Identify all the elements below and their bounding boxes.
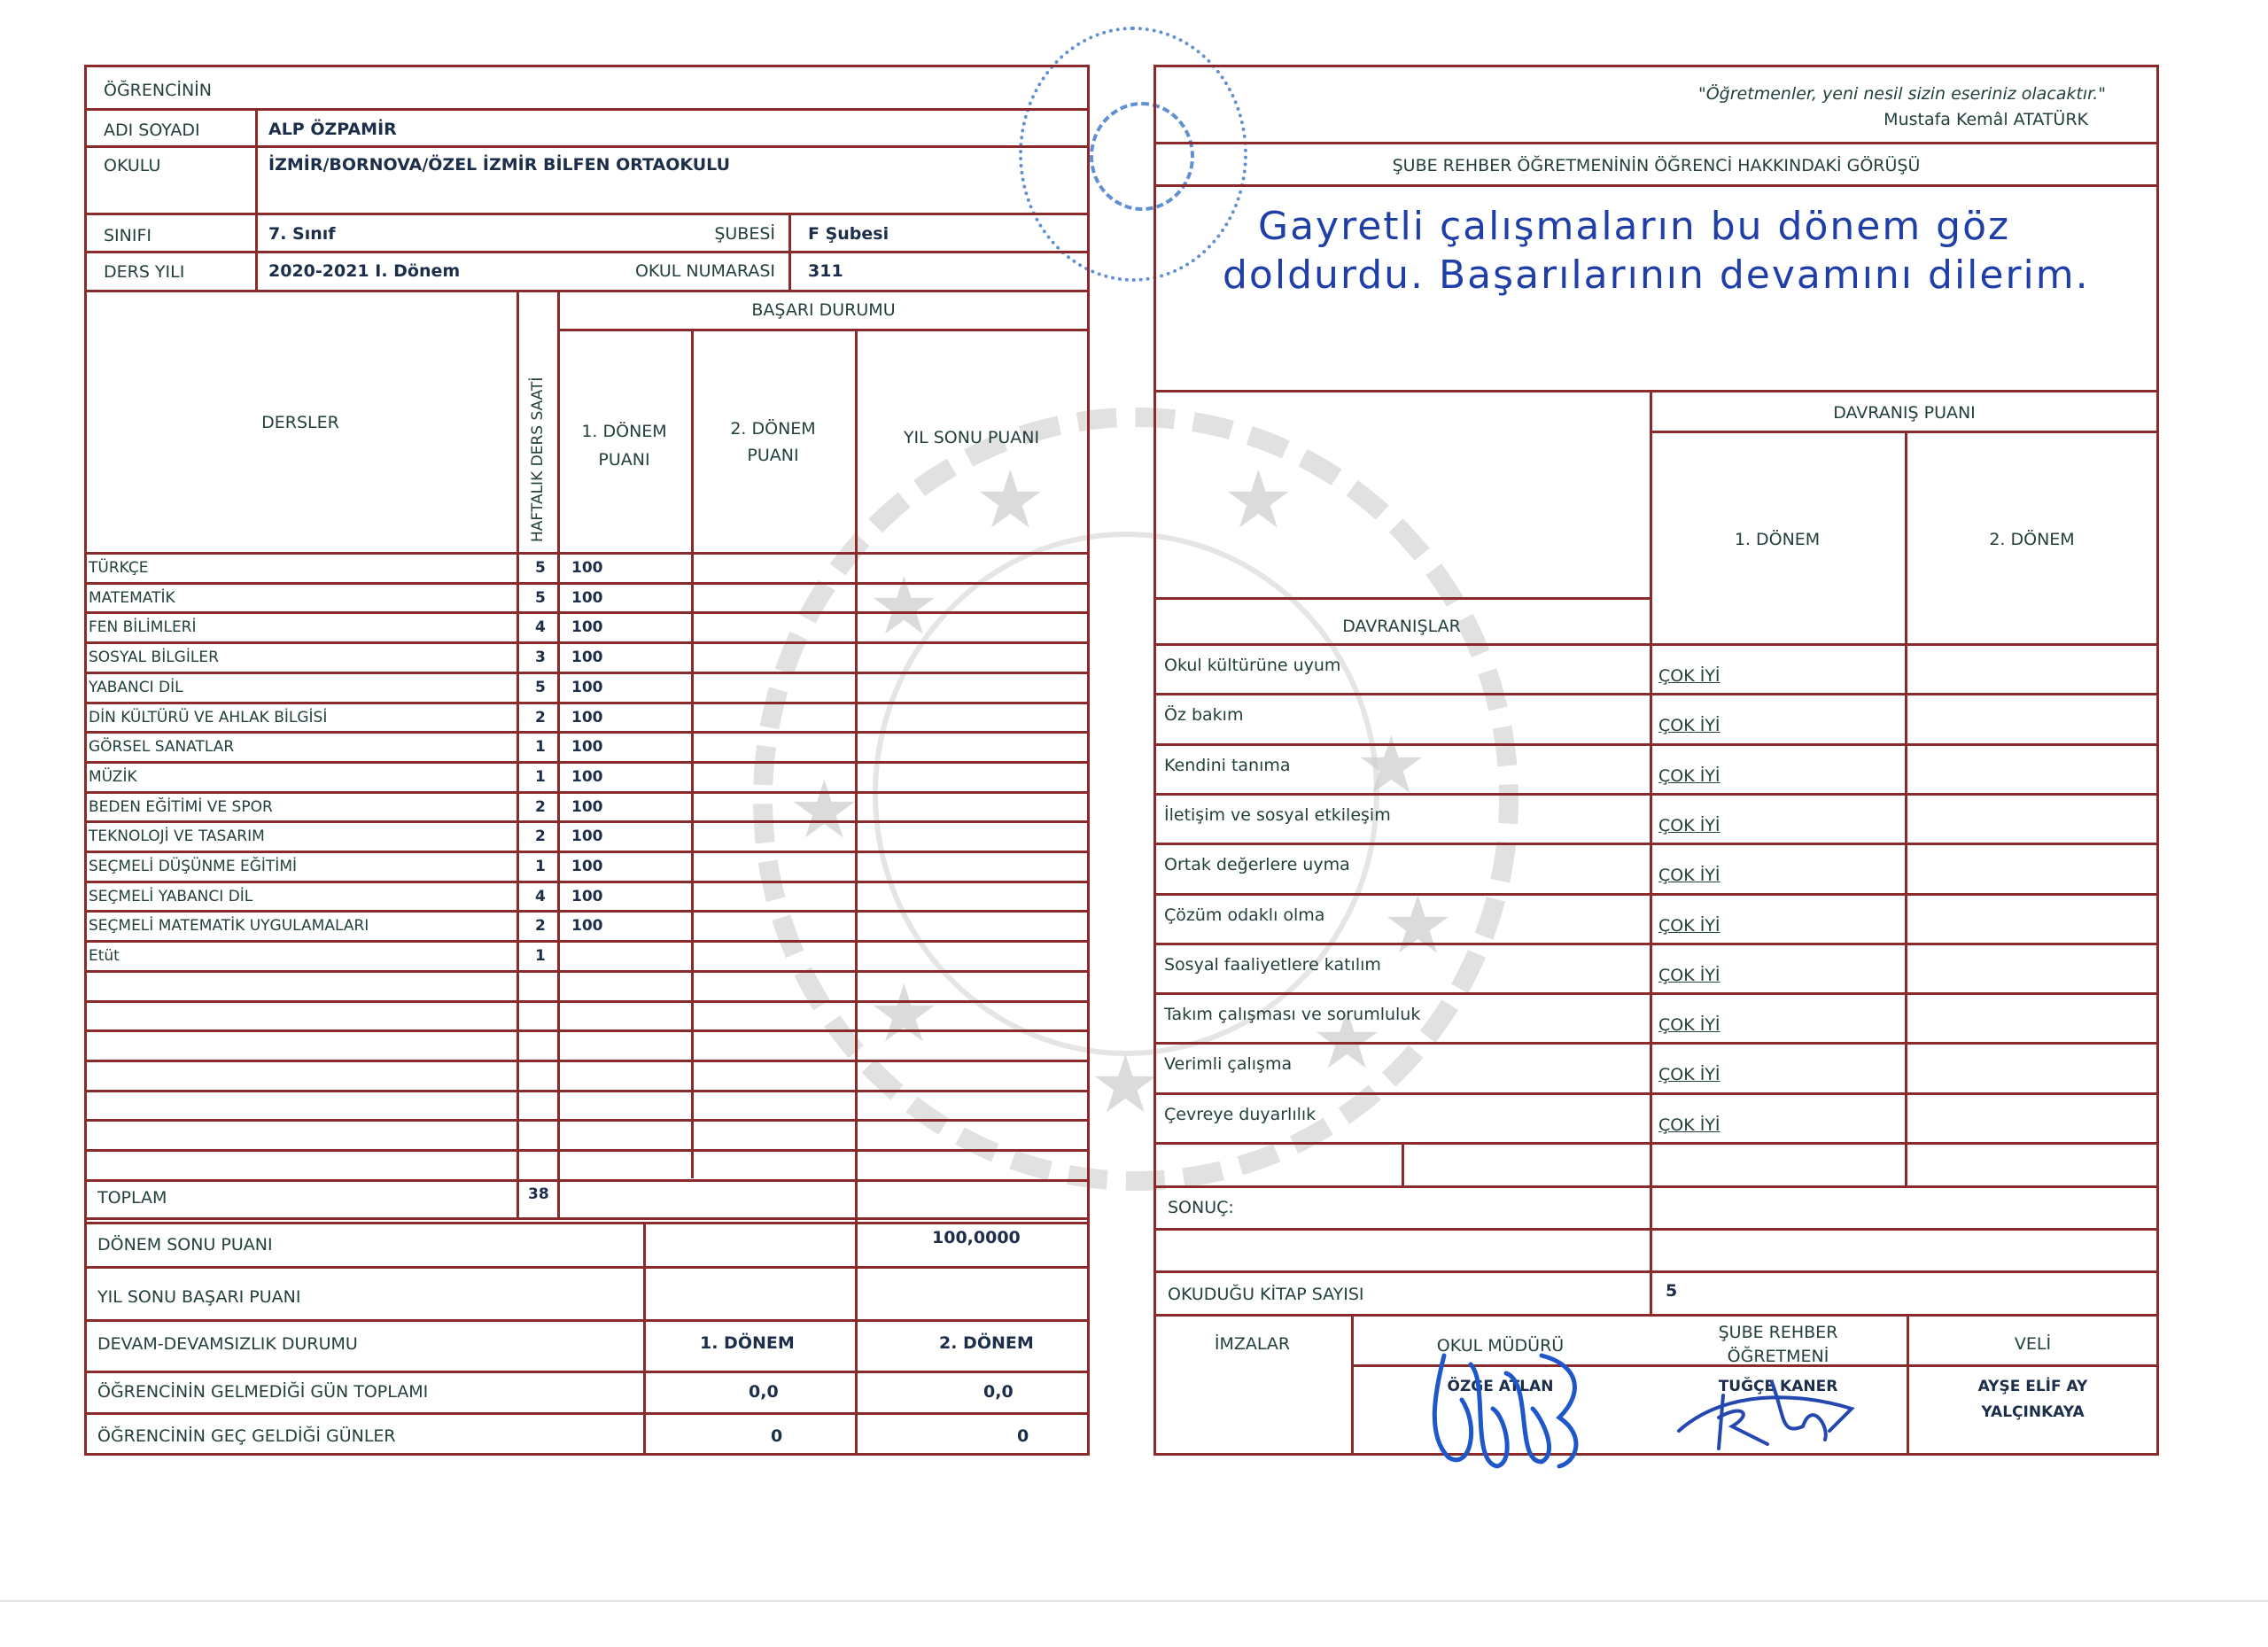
ataturk-quote: "Öğretmenler, yeni nesil sizin eseriniz … bbox=[1698, 86, 2106, 103]
subject-term1-score: 100 bbox=[571, 620, 603, 635]
subject-term1-score: 100 bbox=[571, 591, 603, 606]
subject-name: Etüt bbox=[89, 949, 120, 964]
total-label: TOPLAM bbox=[97, 1190, 167, 1207]
behavior-name: Çözüm odaklı olma bbox=[1164, 907, 1324, 924]
subject-weekly-hours: 1 bbox=[535, 859, 546, 874]
subject-term1-score: 100 bbox=[571, 711, 603, 726]
subject-name: SEÇMELİ DÜŞÜNME EĞİTİMİ bbox=[89, 859, 297, 874]
subject-weekly-hours: 5 bbox=[535, 680, 546, 695]
subject-name: MÜZİK bbox=[89, 770, 137, 785]
success-header: BAŞARI DURUMU bbox=[557, 302, 1090, 319]
name-label: ADI SOYADI bbox=[104, 122, 200, 139]
subject-name: TEKNOLOJİ VE TASARIM bbox=[89, 829, 265, 844]
behavior-term1-header: 1. DÖNEM bbox=[1650, 532, 1905, 548]
parent-name-line2: YALÇINKAYA bbox=[1907, 1405, 2159, 1420]
parent-label: VELİ bbox=[1907, 1336, 2159, 1353]
year-success-label: YIL SONU BAŞARI PUANI bbox=[97, 1289, 300, 1306]
subject-name: SOSYAL BİLGİLER bbox=[89, 650, 219, 665]
behavior-term1-score: ÇOK İYİ bbox=[1658, 1117, 1720, 1134]
subject-term1-score: 100 bbox=[571, 650, 603, 665]
result-label: SONUÇ: bbox=[1168, 1200, 1234, 1216]
subject-weekly-hours: 5 bbox=[535, 561, 546, 576]
subject-term1-score: 100 bbox=[571, 890, 603, 905]
school-number-label: OKUL NUMARASI bbox=[635, 263, 775, 280]
subject-name: SEÇMELİ MATEMATİK UYGULAMALARI bbox=[89, 919, 369, 934]
books-read-value: 5 bbox=[1666, 1283, 1677, 1300]
total-hours: 38 bbox=[528, 1187, 549, 1202]
behavior-term1-score: ÇOK İYİ bbox=[1658, 718, 1720, 734]
subject-term1-score: 100 bbox=[571, 770, 603, 785]
subject-weekly-hours: 1 bbox=[535, 740, 546, 755]
subject-weekly-hours: 4 bbox=[535, 890, 546, 905]
late-days-term1: 0 bbox=[771, 1428, 782, 1445]
year-end-header: YIL SONU PUANI bbox=[855, 430, 1088, 447]
absent-days-term1: 0,0 bbox=[749, 1384, 779, 1401]
term2-header-line2: PUANI bbox=[691, 447, 855, 464]
behavior-name: İletişim ve sosyal etkileşim bbox=[1164, 807, 1391, 824]
year-label: DERS YILI bbox=[104, 264, 184, 281]
subject-term1-score: 100 bbox=[571, 919, 603, 934]
class-value: 7. Sınıf bbox=[268, 226, 336, 243]
behavior-term1-score: ÇOK İYİ bbox=[1658, 668, 1720, 685]
subject-term1-score: 100 bbox=[571, 680, 603, 695]
attendance-label: DEVAM-DEVAMSIZLIK DURUMU bbox=[97, 1336, 358, 1353]
subject-weekly-hours: 2 bbox=[535, 829, 546, 844]
principal-signature-icon bbox=[1409, 1338, 1604, 1471]
student-header: ÖĞRENCİNİN bbox=[104, 82, 212, 99]
behaviors-title: DAVRANIŞLAR bbox=[1153, 618, 1650, 635]
branch-label: ŞUBESİ bbox=[714, 226, 775, 243]
subject-term1-score: 100 bbox=[571, 740, 603, 755]
teacher-signature-icon bbox=[1670, 1364, 1874, 1453]
subject-weekly-hours: 2 bbox=[535, 919, 546, 934]
subject-name: TÜRKÇE bbox=[89, 561, 148, 576]
subject-weekly-hours: 2 bbox=[535, 711, 546, 726]
subject-name: GÖRSEL SANATLAR bbox=[89, 740, 234, 755]
subject-name: SEÇMELİ YABANCI DİL bbox=[89, 890, 252, 905]
behavior-name: Okul kültürüne uyum bbox=[1164, 657, 1340, 674]
behavior-name: Kendini tanıma bbox=[1164, 757, 1291, 774]
branch-value: F Şubesi bbox=[808, 226, 889, 243]
behavior-name: Takım çalışması ve sorumluluk bbox=[1164, 1006, 1420, 1023]
subject-weekly-hours: 5 bbox=[535, 591, 546, 606]
subject-name: YABANCI DİL bbox=[89, 680, 183, 695]
quote-author: Mustafa Kemâl ATATÜRK bbox=[1884, 112, 2088, 128]
guidance-teacher-label-line1: ŞUBE REHBER bbox=[1650, 1325, 1907, 1341]
teacher-opinion-line1: Gayretli çalışmaların bu dönem göz bbox=[1258, 204, 2010, 249]
weekly-hours-header: HAFTALIK DERS SAATİ bbox=[529, 377, 547, 542]
behavior-term1-score: ÇOK İYİ bbox=[1658, 867, 1720, 884]
behavior-term1-score: ÇOK İYİ bbox=[1658, 1067, 1720, 1084]
behavior-term1-score: ÇOK İYİ bbox=[1658, 818, 1720, 835]
absent-days-term2: 0,0 bbox=[983, 1384, 1014, 1401]
attendance-term1: 1. DÖNEM bbox=[700, 1335, 795, 1352]
subject-term1-score: 100 bbox=[571, 829, 603, 844]
behavior-term1-score: ÇOK İYİ bbox=[1658, 967, 1720, 984]
school-label: OKULU bbox=[104, 158, 160, 175]
teacher-opinion-line2: doldurdu. Başarılarının devamını dilerim… bbox=[1223, 252, 2090, 298]
subject-name: DİN KÜLTÜRÜ VE AHLAK BİLGİSİ bbox=[89, 711, 327, 726]
guidance-teacher-label-line2: ÖĞRETMENİ bbox=[1650, 1348, 1907, 1365]
behavior-name: Çevreye duyarlılık bbox=[1164, 1107, 1316, 1123]
school-value: İZMİR/BORNOVA/ÖZEL İZMİR BİLFEN ORTAOKUL… bbox=[268, 157, 730, 174]
behavior-name: Ortak değerlere uyma bbox=[1164, 857, 1350, 874]
subject-name: MATEMATİK bbox=[89, 591, 175, 606]
subject-term1-score: 100 bbox=[571, 859, 603, 874]
term1-header-line2: PUANI bbox=[557, 452, 691, 469]
subject-weekly-hours: 2 bbox=[535, 800, 546, 815]
behavior-term1-score: ÇOK İYİ bbox=[1658, 1017, 1720, 1034]
behavior-name: Sosyal faaliyetlere katılım bbox=[1164, 957, 1381, 974]
behavior-name: Öz bakım bbox=[1164, 707, 1243, 724]
subject-weekly-hours: 1 bbox=[535, 949, 546, 964]
term2-header-line1: 2. DÖNEM bbox=[691, 421, 855, 438]
subject-name: FEN BİLİMLERİ bbox=[89, 620, 197, 635]
subject-term1-score: 100 bbox=[571, 561, 603, 576]
absent-days-label: ÖĞRENCİNİN GELMEDİĞİ GÜN TOPLAMI bbox=[97, 1384, 428, 1401]
name-value: ALP ÖZPAMİR bbox=[268, 121, 397, 138]
page-bottom-edge bbox=[0, 1600, 2268, 1602]
subject-weekly-hours: 1 bbox=[535, 770, 546, 785]
behavior-term1-score: ÇOK İYİ bbox=[1658, 918, 1720, 935]
behavior-term1-score: ÇOK İYİ bbox=[1658, 768, 1720, 785]
school-number-value: 311 bbox=[808, 263, 843, 280]
subject-weekly-hours: 3 bbox=[535, 650, 546, 665]
subject-term1-score: 100 bbox=[571, 800, 603, 815]
attendance-term2: 2. DÖNEM bbox=[939, 1335, 1034, 1352]
late-days-label: ÖĞRENCİNİN GEÇ GELDİĞİ GÜNLER bbox=[97, 1428, 396, 1445]
behavior-name: Verimli çalışma bbox=[1164, 1056, 1292, 1073]
teacher-opinion-title: ŞUBE REHBER ÖĞRETMENİNİN ÖĞRENCİ HAKKIND… bbox=[1153, 158, 2159, 175]
late-days-term2: 0 bbox=[1017, 1428, 1029, 1445]
subject-name: BEDEN EĞİTİMİ VE SPOR bbox=[89, 800, 273, 815]
signatures-label: İMZALAR bbox=[1153, 1336, 1351, 1353]
behavior-score-title: DAVRANIŞ PUANI bbox=[1650, 405, 2159, 422]
term-end-score-label: DÖNEM SONU PUANI bbox=[97, 1237, 273, 1254]
class-label: SINIFI bbox=[104, 228, 151, 245]
subjects-header: DERSLER bbox=[84, 415, 517, 431]
term1-header-line1: 1. DÖNEM bbox=[557, 423, 691, 440]
subject-weekly-hours: 4 bbox=[535, 620, 546, 635]
term-end-score-value: 100,0000 bbox=[932, 1230, 1021, 1247]
behavior-term2-header: 2. DÖNEM bbox=[1905, 532, 2159, 548]
parent-name-line1: AYŞE ELİF AY bbox=[1907, 1379, 2159, 1395]
books-read-label: OKUDUĞU KİTAP SAYISI bbox=[1168, 1286, 1364, 1303]
year-value: 2020-2021 I. Dönem bbox=[268, 263, 460, 280]
